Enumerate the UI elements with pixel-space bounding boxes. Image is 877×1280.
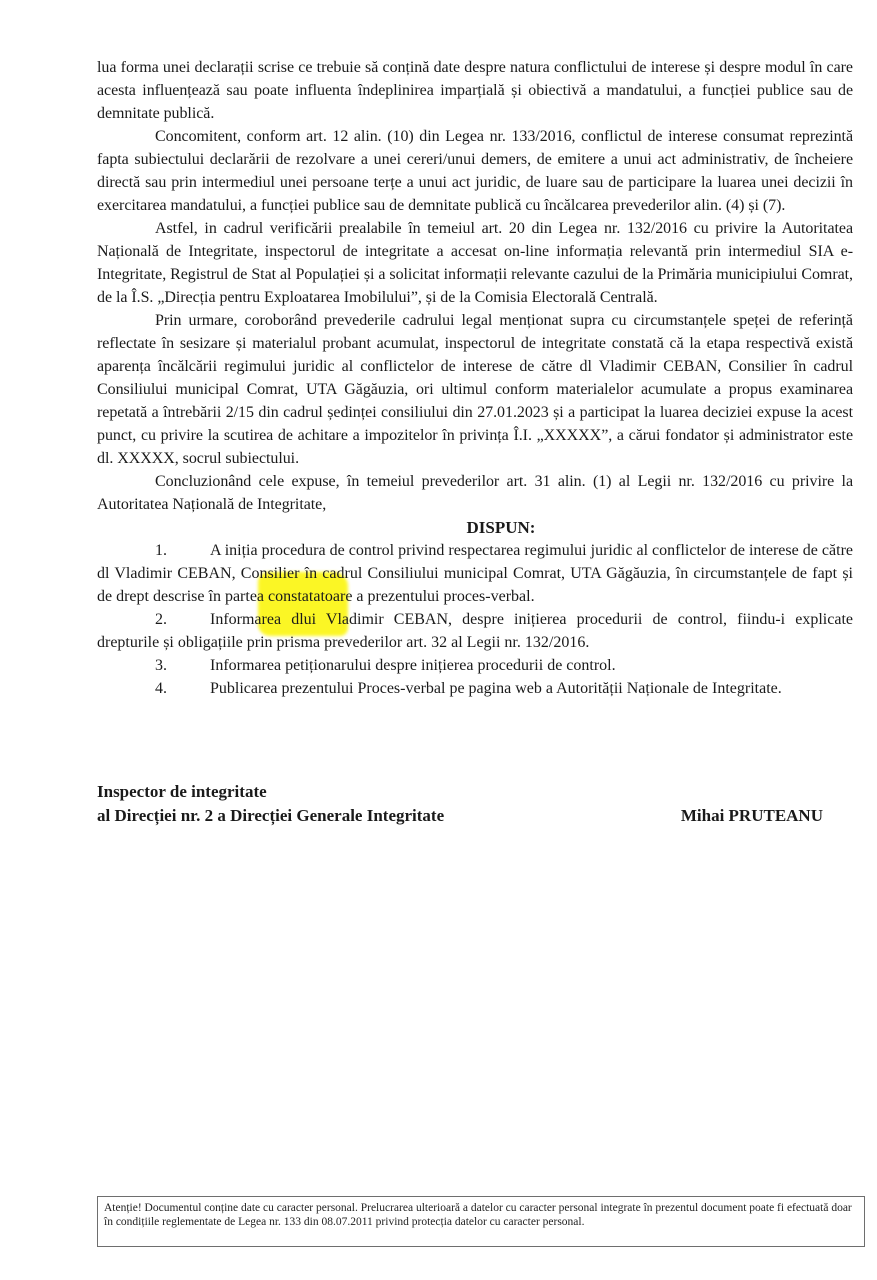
paragraph-declaration-form: lua forma unei declarații scrise ce treb…: [97, 56, 853, 125]
dispositions-list: 1.A iniția procedura de control privind …: [97, 539, 853, 700]
personal-data-notice-text: Atenție! Documentul conține date cu cara…: [104, 1202, 852, 1228]
list-item: 2.Informarea dlui Vladimir CEBAN, despre…: [97, 608, 853, 654]
paragraph-concomitent: Concomitent, conform art. 12 alin. (10) …: [97, 125, 853, 217]
list-item-text: Publicarea prezentului Proces-verbal pe …: [210, 680, 782, 697]
paragraph-concluzionand: Concluzionând cele expuse, în temeiul pr…: [97, 470, 853, 516]
signature-title-line1: Inspector de integritate: [97, 780, 857, 804]
list-item: 4.Publicarea prezentului Proces-verbal p…: [97, 677, 853, 700]
list-item-text: Informarea dlui Vladimir CEBAN, despre i…: [97, 611, 853, 651]
list-item-text: A iniția procedura de control privind re…: [97, 542, 853, 605]
list-item-text: Informarea petiționarului despre inițier…: [210, 657, 616, 674]
paragraph-prin-urmare: Prin urmare, coroborând prevederile cadr…: [97, 309, 853, 470]
list-item: 1.A iniția procedura de control privind …: [97, 539, 853, 608]
paragraph-astfel: Astfel, in cadrul verificării prealabile…: [97, 217, 853, 309]
personal-data-notice-box: Atenție! Documentul conține date cu cara…: [97, 1196, 865, 1247]
list-item: 3.Informarea petiționarului despre iniți…: [97, 654, 853, 677]
signature-title-line2: al Direcției nr. 2 a Direcției Generale …: [97, 804, 444, 828]
list-item-number: 1.: [155, 539, 210, 562]
list-item-number: 4.: [155, 677, 210, 700]
list-item-number: 3.: [155, 654, 210, 677]
document-body: lua forma unei declarații scrise ce treb…: [97, 56, 853, 700]
list-item-number: 2.: [155, 608, 210, 631]
signature-block: Inspector de integritate al Direcției nr…: [97, 780, 857, 828]
section-heading-dispun: DISPUN:: [97, 516, 853, 539]
signatory-name: Mihai PRUTEANU: [681, 804, 823, 828]
